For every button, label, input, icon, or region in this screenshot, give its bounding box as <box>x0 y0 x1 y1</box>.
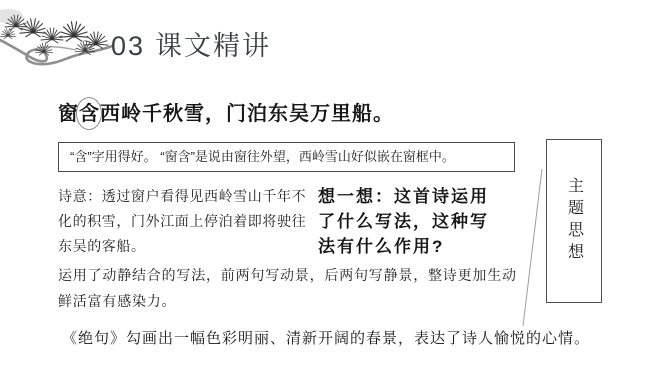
think-line: 想一想：这首诗运用 <box>318 184 489 209</box>
meaning-line: 化的积雪，门外江面上停泊着即将驶往 <box>58 209 306 234</box>
poem-line: 窗含西岭千秋雪，门泊东吴万里船。 <box>58 100 394 128</box>
lesson-slide: 03课文精讲 窗含西岭千秋雪，门泊东吴万里船。 “含”字用得好。 “窗含”是说由… <box>0 0 668 376</box>
word-usage-note-box: “含”字用得好。 “窗含”是说由窗往外望，西岭雪山好似嵌在窗框中。 <box>58 142 515 172</box>
section-title: 课文精讲 <box>155 31 271 61</box>
poem-text-after: 西岭千秋雪，门泊东吴万里船。 <box>100 103 394 125</box>
summary-text: 《绝句》勾画出一幅色彩明丽、清新开阔的春景，表达了诗人愉悦的心情。 <box>62 330 590 347</box>
theme-label: 主题思想 <box>563 177 586 265</box>
technique-answer-paragraph: 运用了动静结合的写法，前两句写动景，后两句写静景，整诗更加生动 鲜活富有感染力。 <box>58 262 517 314</box>
note-text: “含”字用得好。 “窗含”是说由窗往外望，西岭雪山好似嵌在窗框中。 <box>70 149 455 164</box>
section-header: 03课文精讲 <box>111 24 271 63</box>
theme-label-box: 主题思想 <box>546 139 602 303</box>
technique-line: 运用了动静结合的写法，前两句写动景，后两句写静景，整诗更加生动 <box>58 262 517 288</box>
think-line: 了什么写法，这种写 <box>318 209 489 234</box>
think-line: 法有什么作用? <box>318 234 489 259</box>
poem-circled-character: 含 <box>79 100 100 128</box>
connector-line <box>513 162 549 332</box>
section-number: 03 <box>111 31 145 61</box>
meaning-line: 东吴的客船。 <box>58 234 306 259</box>
think-question-block: 想一想：这首诗运用 了什么写法，这种写 法有什么作用? <box>318 184 489 259</box>
poem-meaning-paragraph: 诗意：透过窗户看得见西岭雪山千年不 化的积雪，门外江面上停泊着即将驶往 东吴的客… <box>58 184 306 259</box>
circle-annotation-icon <box>76 97 102 130</box>
theme-summary-text: 《绝句》勾画出一幅色彩明丽、清新开阔的春景，表达了诗人愉悦的心情。 <box>62 327 590 348</box>
meaning-line: 诗意：透过窗户看得见西岭雪山千年不 <box>58 184 306 209</box>
technique-line: 鲜活富有感染力。 <box>58 288 517 314</box>
pine-branch-icon <box>0 5 115 80</box>
